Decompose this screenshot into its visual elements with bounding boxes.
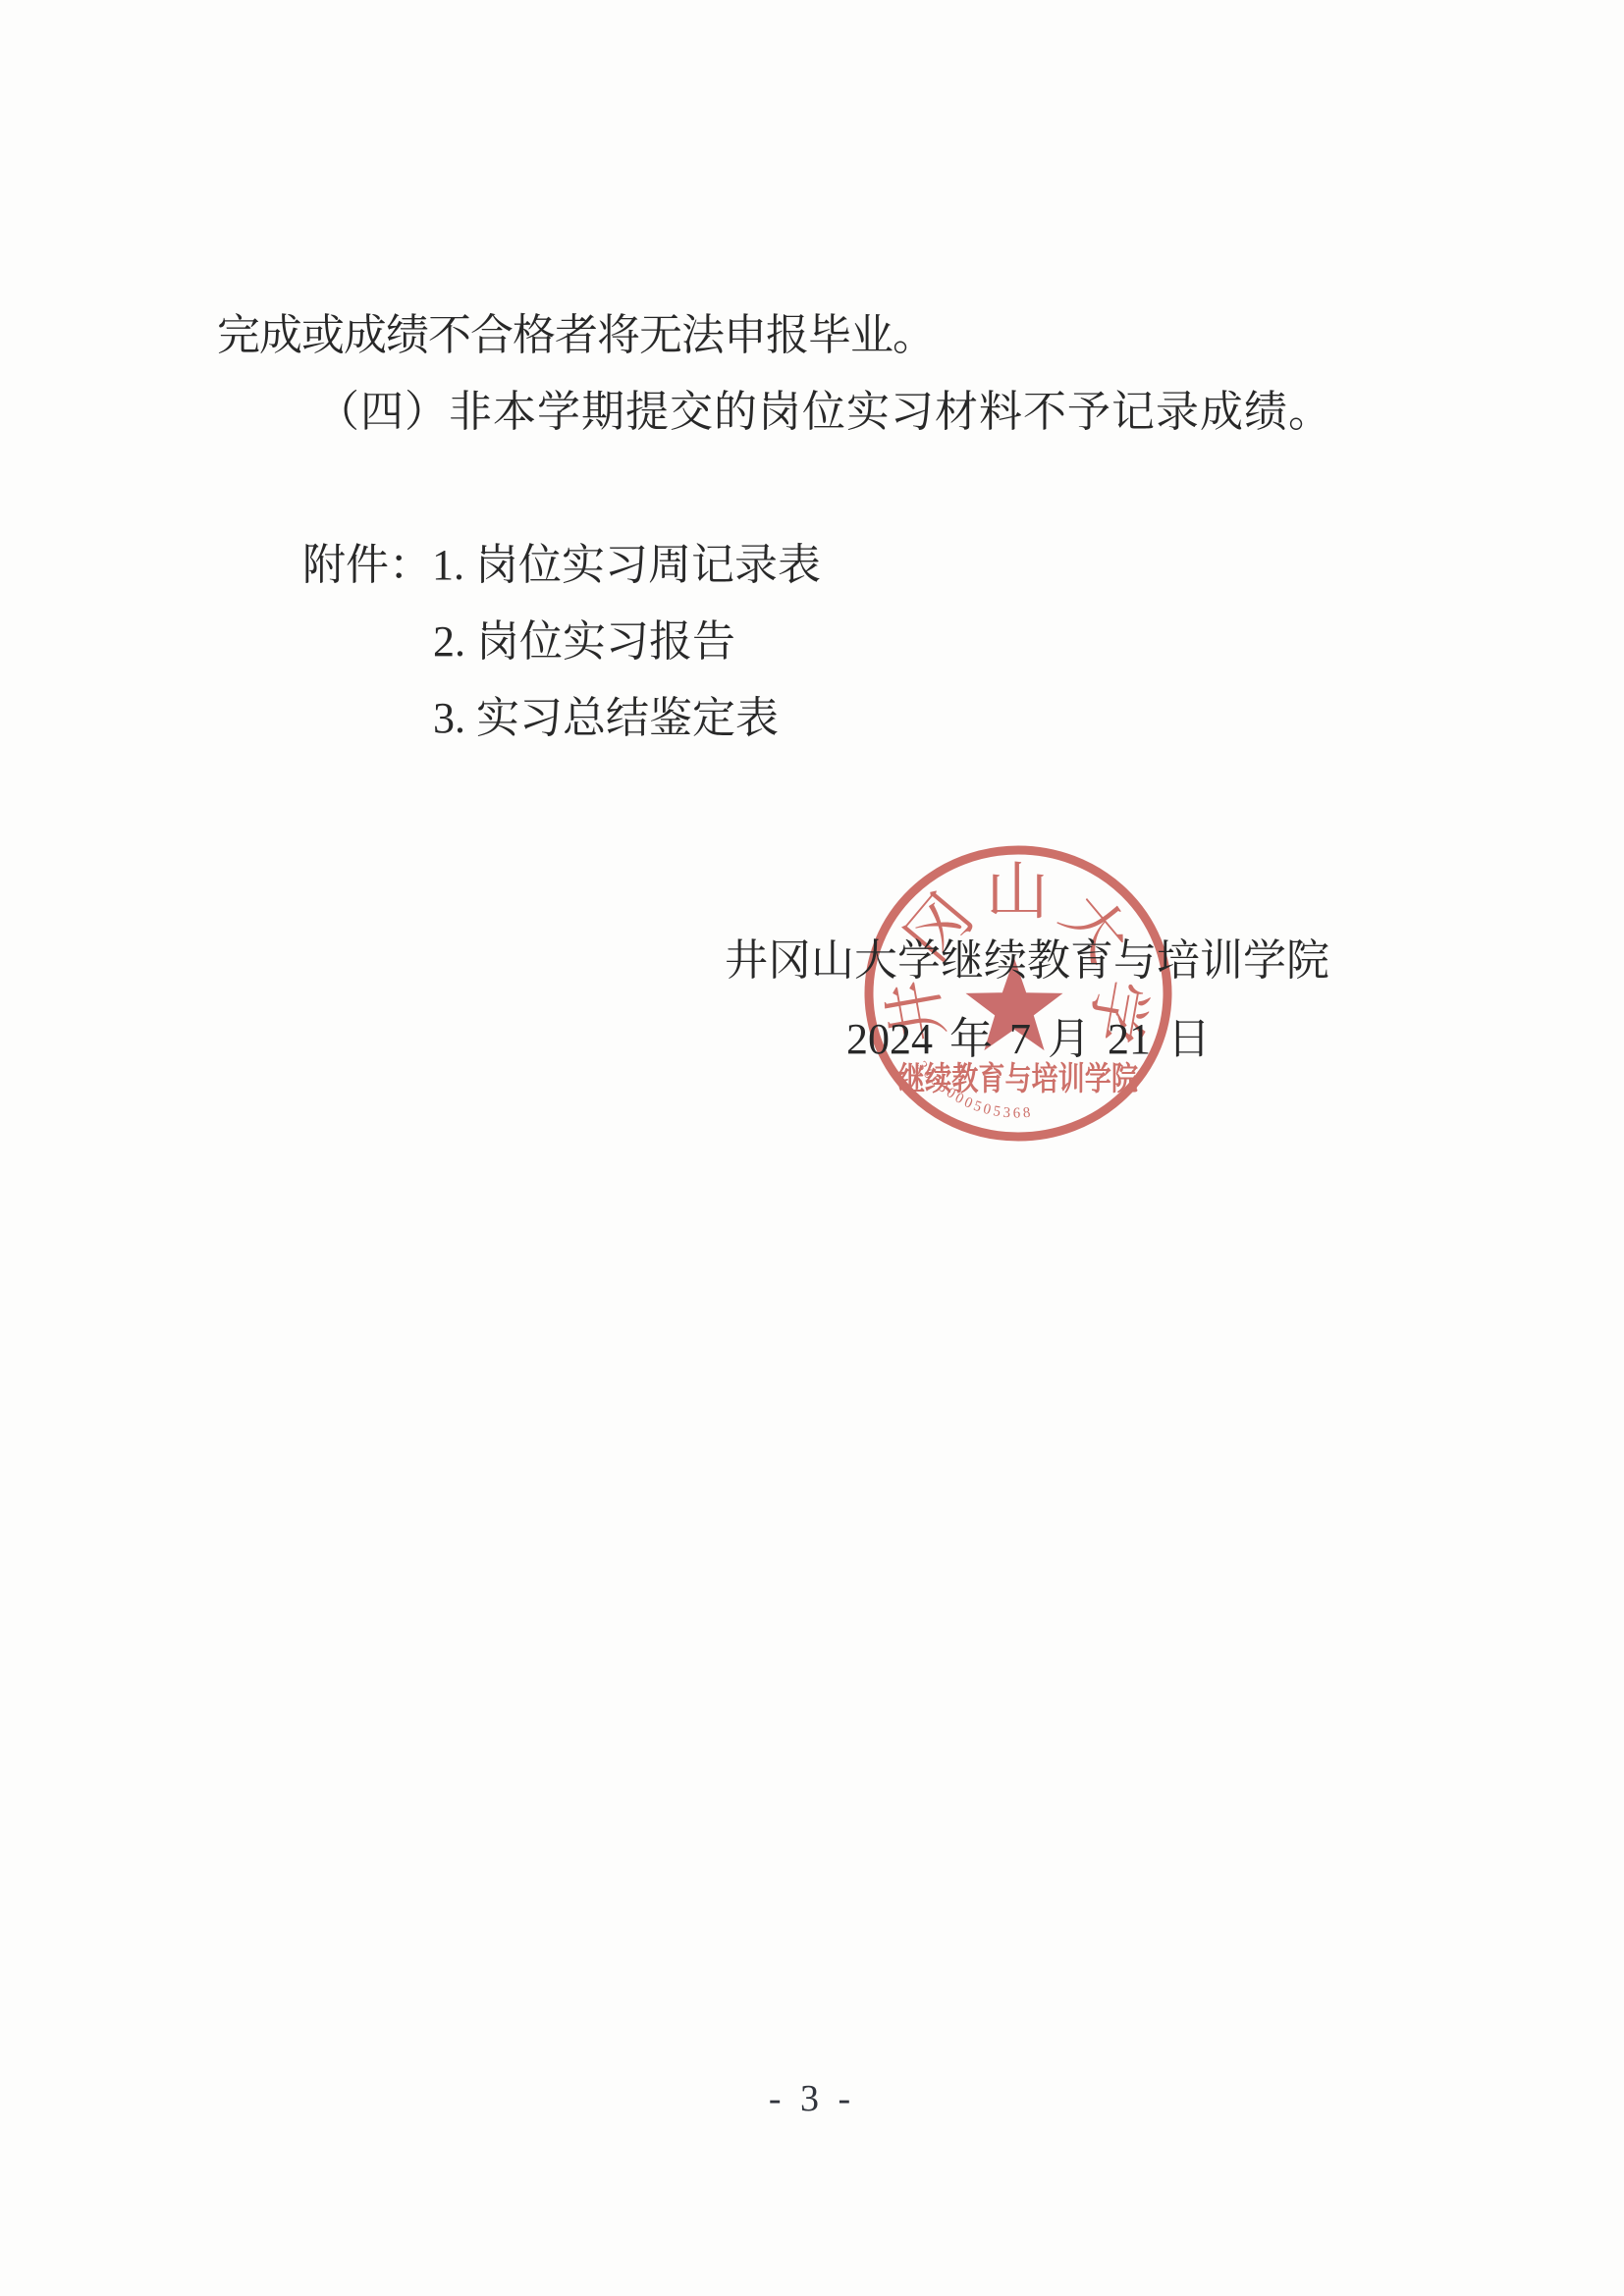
attachment-list-item: 2. 岗位实习报告: [433, 614, 735, 668]
seal-arc-char: 山: [986, 857, 1049, 927]
signature-organization: 井冈山大学继续教育与培训学院: [725, 934, 1329, 988]
body-paragraph-line: 完成或成绩不合格者将无法申报毕业。: [217, 308, 935, 362]
official-seal-stamp: 井 冈 山 大 学 继续教育与培训学院 3608000505368: [862, 844, 1174, 1145]
document-page: 井 冈 山 大 学 继续教育与培训学院 3608000505368 完成或成绩不…: [0, 0, 1624, 2296]
page-number: - 3 -: [0, 2077, 1624, 2120]
body-paragraph-line: （四）非本学期提交的岗位实习材料不予记录成绩。: [316, 385, 1332, 439]
attachment-list-item: 3. 实习总结鉴定表: [433, 691, 779, 745]
attachment-list-item: 附件：1. 岗位实习周记录表: [302, 538, 821, 592]
signature-date: 2024 年 7 月 21 日: [846, 1012, 1211, 1066]
